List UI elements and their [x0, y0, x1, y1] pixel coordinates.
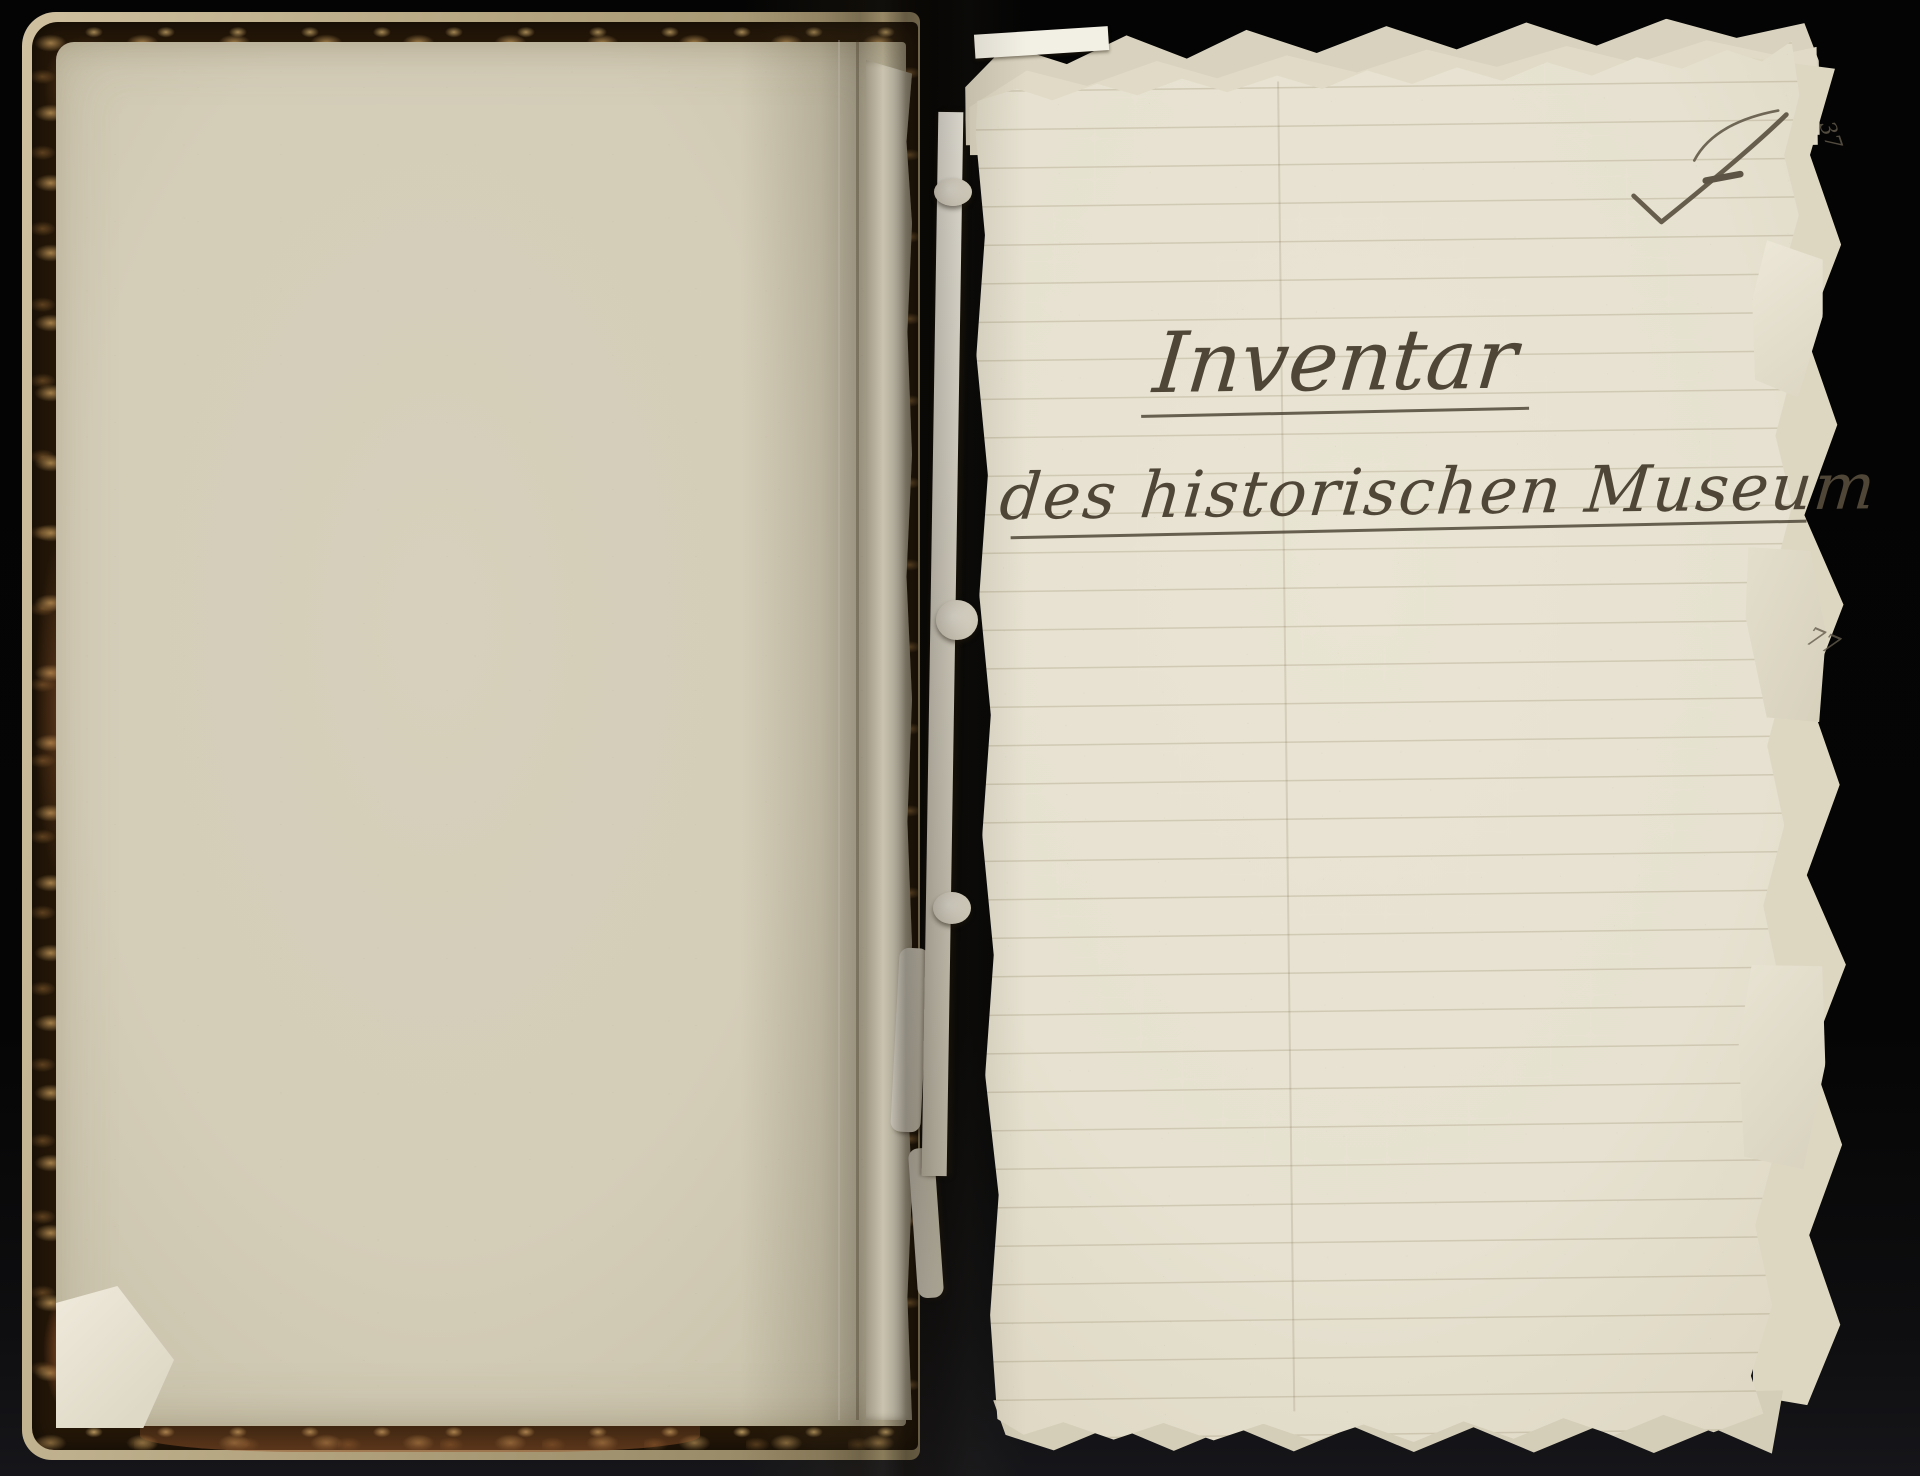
torn-page-stub	[866, 60, 912, 1420]
pencil-corner-mark: J	[1625, 85, 1795, 231]
right-page-stack: J Inventar des historischen Museum 37 77	[946, 4, 1914, 1475]
gutter-crease-shadow	[856, 40, 859, 1420]
photo-backdrop: J Inventar des historischen Museum 37 77	[0, 0, 1920, 1476]
title-handwriting: Inventar	[1126, 310, 1545, 411]
left-blank-page	[56, 42, 906, 1426]
gutter-crease-highlight	[838, 40, 840, 1420]
edge-writing-fragment: 37	[1813, 118, 1846, 153]
